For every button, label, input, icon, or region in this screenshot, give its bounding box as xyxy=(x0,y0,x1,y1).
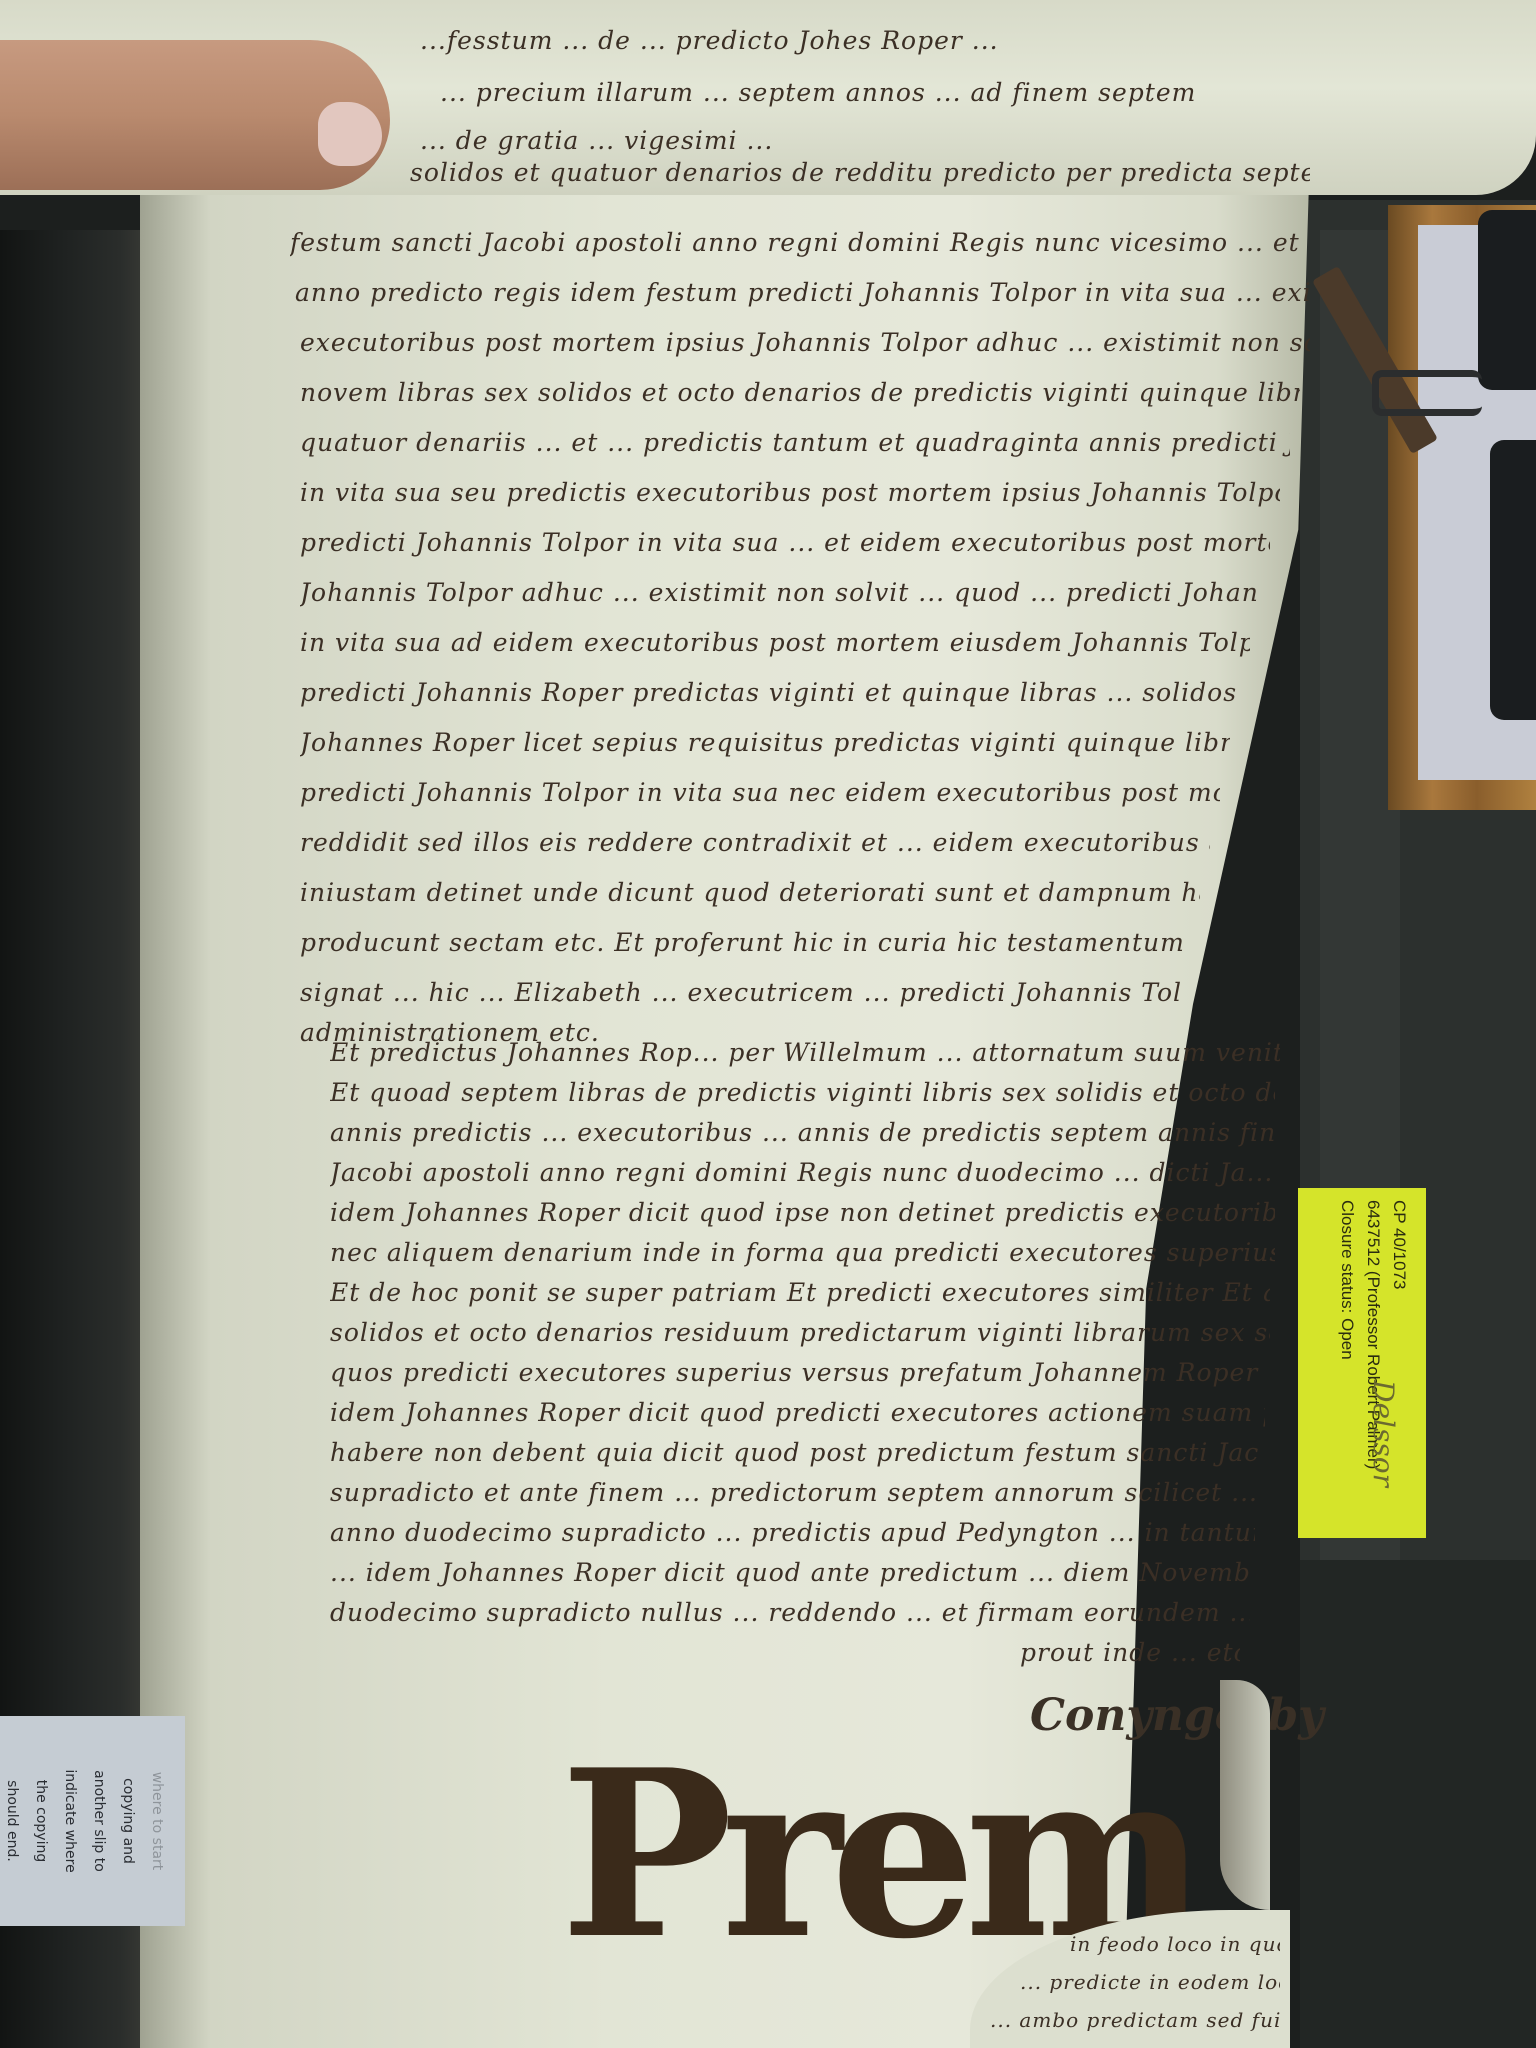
manuscript-line: reddidit sed illos eis reddere contradix… xyxy=(300,820,1210,866)
weight-block xyxy=(1490,440,1536,720)
manuscript-line: Johannis Tolpor adhuc ... existimit non … xyxy=(300,570,1260,616)
manuscript-line: quatuor denariis ... et ... predictis ta… xyxy=(300,420,1290,466)
slip-line: the copying xyxy=(26,1726,55,1916)
slip-text: where to start copying and another slip … xyxy=(0,1716,185,1926)
metal-buckle xyxy=(1372,370,1482,416)
manuscript-line: predicti Johannis Tolpor in vita sua ...… xyxy=(300,520,1270,566)
manuscript-line: in feodo loco in quo ... iniustam xyxy=(1070,1932,1280,1956)
dark-backdrop-lower-right xyxy=(1300,1560,1536,2048)
slip-line: copying and xyxy=(113,1726,142,1916)
handwritten-note: Delssor xyxy=(1367,1380,1400,1487)
manuscript-line: ...fesstum ... de ... predicto Johes Rop… xyxy=(420,18,999,64)
manuscript-line: solidos et quatuor denarios de redditu p… xyxy=(410,150,1310,196)
slip-line: indicate where xyxy=(55,1726,84,1916)
manuscript-line: anno predicto regis idem festum predicti… xyxy=(295,270,1310,316)
manuscript-line: iniustam detinet unde dicunt quod deteri… xyxy=(300,870,1200,916)
manuscript-line: predicti Johannis Tolpor in vita sua nec… xyxy=(300,770,1220,816)
manuscript-line: prout inde ... etc. xyxy=(1020,1630,1240,1676)
manuscript-line: producunt sectam etc. Et proferunt hic i… xyxy=(300,920,1190,966)
label-partial-line: 1038213 xyxy=(1412,1200,1418,1526)
manuscript-line: ... predicte in eodem loco iniustam vogu… xyxy=(1020,1970,1280,1994)
manuscript-line: executoribus post mortem ipsius Johannis… xyxy=(300,320,1310,366)
manuscript-line: ... precium illarum ... septem annos ...… xyxy=(440,70,1196,116)
curled-edge xyxy=(1220,1680,1270,1910)
manuscript-line: festum sancti Jacobi apostoli anno regni… xyxy=(290,220,1310,266)
manuscript-line: Johannes Roper licet sepius requisitus p… xyxy=(300,720,1230,766)
manuscript-line: novem libras sex solidos et octo denario… xyxy=(300,370,1300,416)
label-text: 1038213 CP 40/1073 6437512 (Professor Ro… xyxy=(1298,1188,1426,1538)
manuscript-line: in vita sua seu predictis executoribus p… xyxy=(300,470,1280,516)
thumbnail xyxy=(318,102,382,166)
slip-line: should end. xyxy=(0,1726,26,1916)
manuscript-line: predicti Johannis Roper predictas vigint… xyxy=(300,670,1240,716)
slip-line: another slip to xyxy=(84,1726,113,1916)
closure-status: Closure status: Open xyxy=(1334,1200,1360,1526)
copying-slip: where to start copying and another slip … xyxy=(0,1716,185,1926)
slip-line: where to start xyxy=(142,1726,171,1916)
weight-block xyxy=(1478,210,1536,390)
manuscript-line: in vita sua ad eidem executoribus post m… xyxy=(300,620,1250,666)
manuscript-line: ... ambo predictam sed fuit ... feodum .… xyxy=(990,2008,1280,2032)
archive-reference-label: 1038213 CP 40/1073 6437512 (Professor Ro… xyxy=(1298,1188,1426,1538)
